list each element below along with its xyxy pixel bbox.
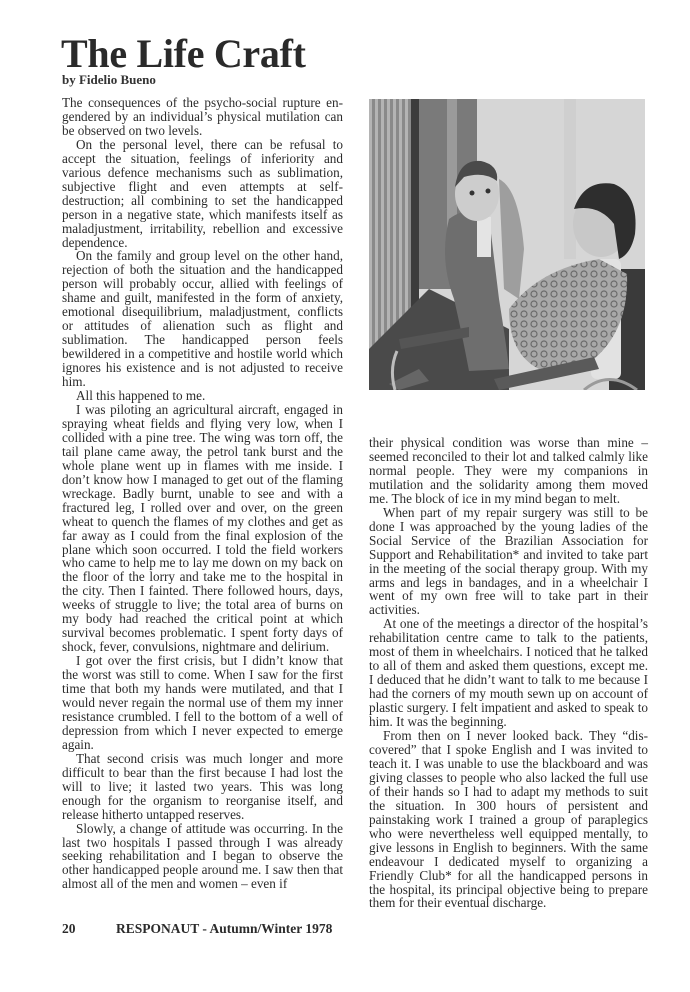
paragraph: Slowly, a change of attitude was occurri… (62, 822, 343, 892)
article-title: The Life Craft (61, 31, 306, 77)
paragraph: I was piloting an agricultural aircraft,… (62, 403, 343, 654)
photo-illustration (369, 99, 645, 390)
paragraph: their physical condition was worse than … (369, 436, 648, 506)
paragraph: From then on I never looked back. They “… (369, 729, 648, 910)
paragraph: The consequences of the psycho-social ru… (62, 96, 343, 138)
article-photo (369, 99, 645, 390)
paragraph: On the personal level, there can be refu… (62, 138, 343, 250)
paragraph: At one of the meetings a director of the… (369, 617, 648, 729)
paragraph: All this happened to me. (62, 389, 343, 403)
article-byline: by Fidelio Bueno (62, 72, 156, 88)
paragraph: That second crisis was much longer and m… (62, 752, 343, 822)
right-column: their physical condition was worse than … (369, 436, 648, 910)
paragraph: When part of my repair surgery was still… (369, 506, 648, 618)
left-column: The consequences of the psycho-social ru… (62, 96, 343, 891)
paragraph: I got over the first crisis, but I didn’… (62, 654, 343, 752)
publication-name: RESPONAUT - Autumn/Winter 1978 (116, 921, 332, 936)
page-number: 20 (62, 921, 116, 937)
page-footer: 20RESPONAUT - Autumn/Winter 1978 (62, 921, 332, 937)
paragraph: On the family and group level on the oth… (62, 249, 343, 389)
